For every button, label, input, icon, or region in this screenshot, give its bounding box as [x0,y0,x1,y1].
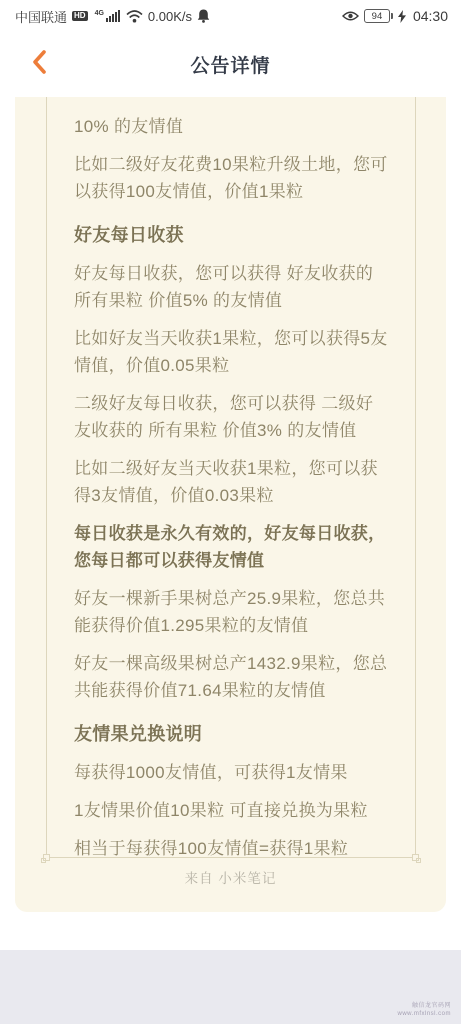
charging-bolt-icon [398,10,406,23]
paragraph: 相当于每获得100友情值=获得1果粒 [74,835,389,862]
battery-tip [391,13,393,19]
paragraph: 1友情果价值10果粒 可直接兑换为果粒 [74,797,389,824]
battery-percent: 94 [364,9,390,23]
header-bar: 公告详情 [0,32,461,97]
signal-bars-icon [106,10,121,22]
source-label: 来自 小米笔记 [15,867,446,887]
bottom-band: 触信龙官码网 www.mfxlnsl.com [0,950,461,1024]
watermark-line1: 触信龙官码网 [397,1002,451,1010]
carrier-label: 中国联通 [15,7,67,26]
bell-icon [197,9,210,23]
paragraph: 每获得1000友情值，可获得1友情果 [74,759,389,786]
paragraph: 每日收获是永久有效的，好友每日收获，您每日都可以获得友情值 [74,520,389,574]
frame-corner-ornament [43,854,50,861]
frame-corner-ornament [412,854,419,861]
section-heading: 好友每日收获 [74,222,389,249]
wifi-icon [126,10,143,23]
note-body: 10% 的友情值比如二级好友花费10果粒升级土地，您可以获得100友情值，价值1… [47,97,415,862]
paragraph: 好友一棵高级果树总产1432.9果粒，您总共能获得价值71.64果粒的友情值 [74,650,389,704]
decorative-frame: 10% 的友情值比如二级好友花费10果粒升级土地，您可以获得100友情值，价值1… [46,97,416,858]
network-type-label: 4G [95,10,104,17]
watermark: 触信龙官码网 www.mfxlnsl.com [397,1002,451,1018]
clock-label: 04:30 [413,8,448,24]
paragraph: 二级好友每日收获，您可以获得 二级好友收获的 所有果粒 价值3% 的友情值 [74,390,389,444]
hd-badge: HD [72,11,88,21]
paragraph: 好友一棵新手果树总产25.9果粒，您总共能获得价值1.295果粒的友情值 [74,585,389,639]
paragraph: 比如二级好友花费10果粒升级土地，您可以获得100友情值，价值1果粒 [74,151,389,205]
paragraph: 比如二级好友当天收获1果粒，您可以获得3友情值，价值0.03果粒 [74,455,389,509]
status-bar: 中国联通 HD 4G 0.00K/s [0,0,461,32]
announcement-content[interactable]: 10% 的友情值比如二级好友花费10果粒升级土地，您可以获得100友情值，价值1… [0,97,461,912]
paragraph: 好友每日收获，您可以获得 好友收获的所有果粒 价值5% 的友情值 [74,260,389,314]
watermark-line2: www.mfxlnsl.com [397,1010,451,1018]
network-speed-label: 0.00K/s [148,9,192,24]
eye-protection-icon [342,10,359,22]
paragraph: 10% 的友情值 [74,113,389,140]
content-gap [0,912,461,950]
phone-screen: 中国联通 HD 4G 0.00K/s [0,0,461,1024]
section-heading: 友情果兑换说明 [74,721,389,748]
back-button[interactable] [24,46,54,82]
paragraph: 比如好友当天收获1果粒，您可以获得5友情值，价值0.05果粒 [74,325,389,379]
battery-icon: 94 [364,9,393,23]
note-card: 10% 的友情值比如二级好友花费10果粒升级土地，您可以获得100友情值，价值1… [15,97,446,912]
page-title: 公告详情 [190,51,270,78]
chevron-left-icon [31,49,47,80]
